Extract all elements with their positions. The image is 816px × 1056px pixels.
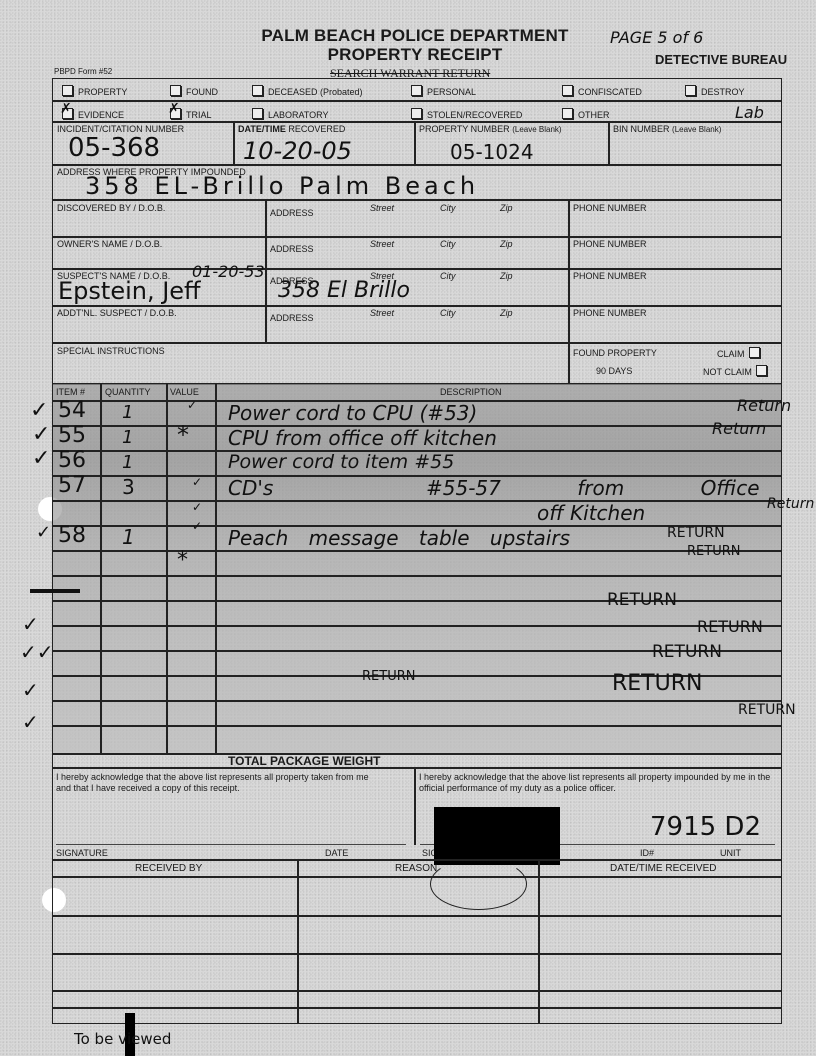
address-labels-row: ADDRESS Street City Zip [270,308,565,326]
form-id: PBPD Form #52 [54,67,112,76]
received-row[interactable] [52,990,782,1007]
handwritten-loop [430,858,527,910]
bin-number-label: BIN NUMBER (Leave Blank) [613,124,721,134]
check-mark-icon: ✗ [60,101,72,117]
other-note: Lab [735,103,764,122]
signature-line [56,844,406,845]
ack-right-text: I hereby acknowledge that the above list… [419,772,774,794]
check-mark-icon: ✓ [22,678,39,702]
agency-name: PALM BEACH POLICE DEPARTMENT [230,26,600,46]
check-mark-icon: ✓ [30,398,48,423]
ack-left-text: I hereby acknowledge that the above list… [56,772,376,794]
checkbox-confiscated[interactable]: CONFISCATED [562,85,642,97]
table-row: 54 1 ✓ Power cord to CPU (#53) Return [52,400,782,425]
special-instructions-label: SPECIAL INSTRUCTIONS [57,346,165,356]
check-mark-icon: ✓ [36,522,51,543]
table-row: RETURN RETURN [52,675,782,700]
table-row: 58 1 ✓ Peach message table upstairs RETU… [52,525,782,550]
checkbox-stolen-recovered[interactable]: STOLEN/RECOVERED [411,108,522,120]
redaction-bar [434,807,560,865]
form-title: PROPERTY RECEIPT [230,45,600,65]
check-mark-icon: ✓ [22,612,39,636]
checkbox-personal[interactable]: PERSONAL [411,85,476,97]
check-mark-icon: ✓ [32,446,50,471]
col-item: ITEM # [56,387,85,397]
incident-number-value[interactable]: 05-368 [68,133,160,163]
margin-dash [30,589,80,593]
total-weight-label: TOTAL PACKAGE WEIGHT [228,754,380,768]
table-row: 55 1 * CPU from office off kitchen Retur… [52,425,782,450]
received-row[interactable] [52,876,782,915]
received-by-header: RECEIVED BY [135,863,202,874]
date-recovered-value[interactable]: 10-20-05 [243,137,352,165]
not-claim-checkbox[interactable]: NOT CLAIM [703,365,767,377]
table-row: RETURN [52,700,782,725]
bureau-name: DETECTIVE BUREAU [655,52,787,67]
date-label: DATE [325,848,348,858]
checkbox-destroy[interactable]: DESTROY [685,85,745,97]
phone-label: PHONE NUMBER [573,308,647,318]
table-row: 57 3 ✓ CD's #55-57 from Office [52,475,782,500]
reason-header: REASON [395,863,437,874]
check-mark-icon: ✓ [22,710,39,734]
date-time-received-header: DATE/TIME RECEIVED [610,863,717,874]
table-row: 56 1 Power cord to item #55 [52,450,782,475]
checkbox-trial[interactable]: ✗TRIAL [170,108,212,120]
check-mark-icon: ✓ [32,422,50,447]
checkbox-deceased[interactable]: DECEASED (Probated) [252,85,363,97]
received-row[interactable] [52,953,782,990]
table-row: * RETURN [52,550,782,575]
col-quantity: QUANTITY [105,387,151,397]
checkbox-laboratory[interactable]: LABORATORY [252,108,329,120]
col-value: VALUE [170,387,199,397]
suspect-dob-value[interactable]: 01-20-53 [192,262,265,281]
claim-checkbox[interactable]: CLAIM [717,347,760,359]
suspect-name-value[interactable]: Epstein, Jeff [58,277,201,305]
addtl-suspect-label: ADDT'NL. SUSPECT / D.O.B. [57,308,177,318]
footer-note: To be viewed [74,1030,171,1048]
discovered-by-label: DISCOVERED BY / D.O.B. [57,203,165,213]
property-number-value[interactable]: 05-1024 [450,140,534,164]
phone-label: PHONE NUMBER [573,239,647,249]
checkbox-found[interactable]: FOUND [170,85,218,97]
owner-name-label: OWNER'S NAME / D.O.B. [57,239,162,249]
address-labels-row: ADDRESS Street City Zip [270,271,565,289]
check-mark-icon: ✗ [168,101,180,117]
signature-label: SIGNATURE [56,848,108,858]
checkbox-other[interactable]: OTHER [562,108,610,120]
found-property-label: FOUND PROPERTY [573,348,657,358]
table-row: RETURN [52,600,782,625]
received-row[interactable] [52,915,782,953]
checkbox-evidence[interactable]: ✗EVIDENCE [62,108,124,120]
check-mark-icon: ✓✓ [20,640,54,664]
page-note: PAGE 5 of 6 [610,28,703,47]
unit-label: UNIT [720,848,741,858]
received-row[interactable] [52,1007,782,1024]
ninety-days-label: 90 DAYS [596,366,632,376]
checkbox-property[interactable]: PROPERTY [62,85,127,97]
id-label: ID# [640,848,654,858]
table-row: ✓ off Kitchen Return [52,500,782,525]
property-number-label: PROPERTY NUMBER (Leave Blank) [419,124,562,134]
col-description: DESCRIPTION [440,387,502,397]
address-labels-row: ADDRESS Street City Zip [270,203,565,221]
officer-id-value[interactable]: 7915 D2 [650,812,761,842]
address-labels-row: ADDRESS Street City Zip [270,239,565,257]
phone-label: PHONE NUMBER [573,271,647,281]
phone-label: PHONE NUMBER [573,203,647,213]
date-recovered-label: DATE/TIME RECOVERED [238,124,345,134]
address-impounded-value[interactable]: 358 EL-Brillo Palm Beach [85,172,479,200]
